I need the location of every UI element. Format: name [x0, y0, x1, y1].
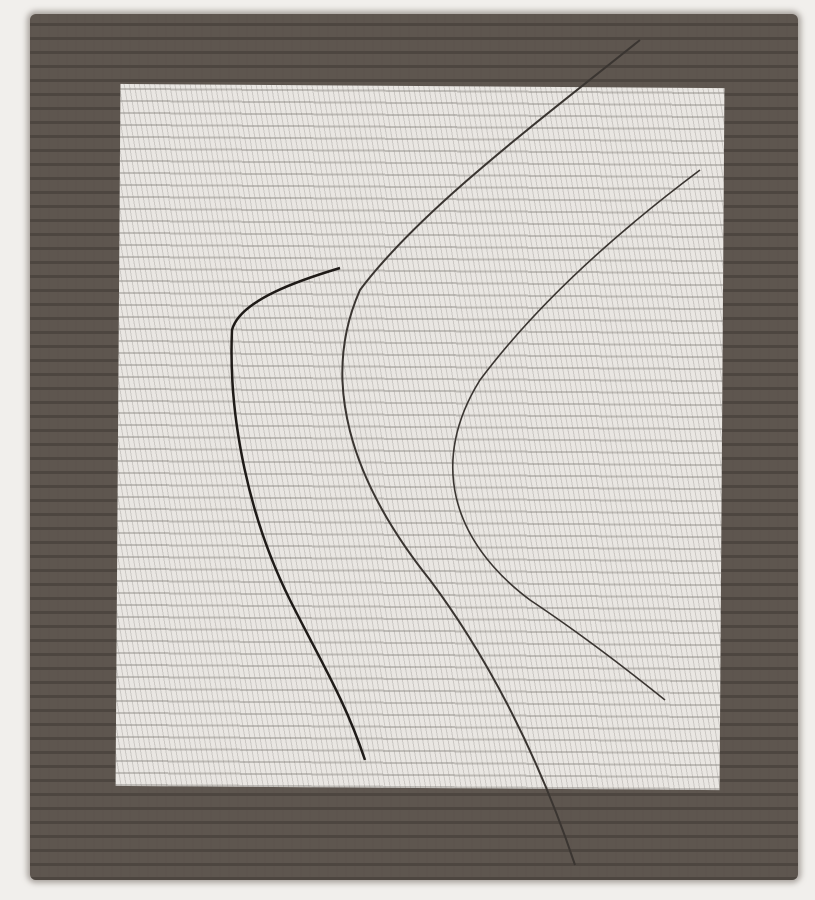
stitched-lines	[0, 0, 815, 900]
